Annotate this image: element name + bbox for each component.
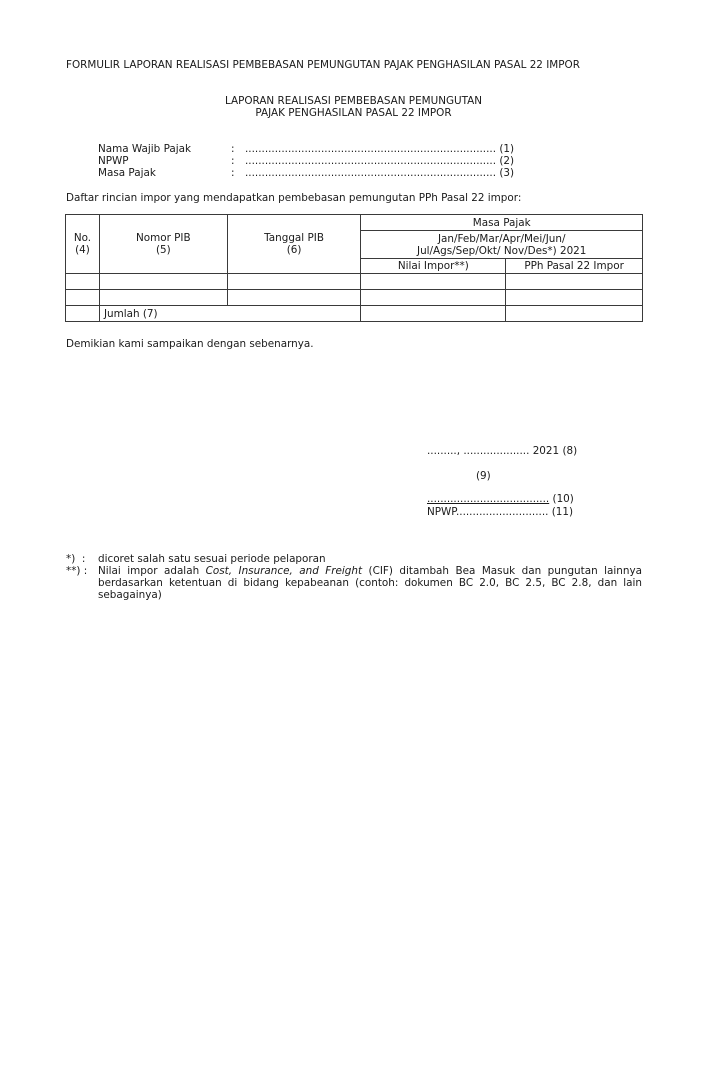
cell-nilai-impor[interactable]: [361, 290, 506, 306]
identity-row-masa: Masa Pajak : ...........................…: [98, 167, 514, 179]
signature-marker: (9): [476, 470, 491, 482]
identity-label: NPWP: [98, 155, 231, 167]
cell-nilai-impor[interactable]: [361, 274, 506, 290]
table-row: [66, 274, 643, 290]
signature-name-line[interactable]: .....................................: [427, 493, 549, 505]
footnote-mark: **) :: [66, 565, 98, 601]
total-label: Jumlah (7): [99, 306, 360, 322]
cell-tanggal-pib[interactable]: [227, 290, 361, 306]
footnote-2: **) : Nilai impor adalah Cost, Insurance…: [66, 565, 642, 601]
footnote-text-italic: Cost, Insurance, and Freight: [206, 565, 362, 577]
identity-value-field[interactable]: ........................................…: [245, 155, 514, 167]
total-row: Jumlah (7): [66, 306, 643, 322]
header-no: No. (4): [66, 215, 100, 274]
header-period: Jan/Feb/Mar/Apr/Mei/Jun/ Jul/Ags/Sep/Okt…: [361, 231, 643, 259]
header-nomor-pib-label: Nomor PIB: [100, 232, 227, 244]
cell-no[interactable]: [66, 290, 100, 306]
form-title: FORMULIR LAPORAN REALISASI PEMBEBASAN PE…: [66, 59, 580, 71]
footnote-text: dicoret salah satu sesuai periode pelapo…: [98, 553, 642, 565]
header-tanggal-pib-ref: (6): [228, 244, 361, 256]
header-nomor-pib: Nomor PIB (5): [99, 215, 227, 274]
table-row: [66, 290, 643, 306]
report-title-line1: LAPORAN REALISASI PEMBEBASAN PEMUNGUTAN: [0, 95, 707, 107]
cell-pph[interactable]: [506, 274, 643, 290]
cell-nomor-pib[interactable]: [99, 274, 227, 290]
identity-row-nama: Nama Wajib Pajak : .....................…: [98, 143, 514, 155]
footnote-1: *) : dicoret salah satu sesuai periode p…: [66, 553, 642, 565]
signature-name: ..................................... (1…: [427, 493, 574, 505]
cell-total-pph[interactable]: [506, 306, 643, 322]
header-period-line2: Jul/Ags/Sep/Okt/ Nov/Des*) 2021: [361, 245, 642, 257]
cell-no[interactable]: [66, 274, 100, 290]
import-details-table: No. (4) Nomor PIB (5) Tanggal PIB (6) Ma…: [65, 214, 643, 322]
signature-npwp[interactable]: NPWP............................ (11): [427, 506, 573, 518]
footnotes: *) : dicoret salah satu sesuai periode p…: [66, 553, 642, 601]
header-no-label: No.: [66, 232, 99, 244]
cell-total-nilai-impor[interactable]: [361, 306, 506, 322]
header-pph: PPh Pasal 22 Impor: [506, 259, 643, 274]
report-title-line2: PAJAK PENGHASILAN PASAL 22 IMPOR: [0, 107, 707, 119]
taxpayer-identity: Nama Wajib Pajak : .....................…: [98, 143, 514, 179]
closing-statement: Demikian kami sampaikan dengan sebenarny…: [66, 338, 314, 350]
header-no-ref: (4): [66, 244, 99, 256]
header-tanggal-pib-label: Tanggal PIB: [228, 232, 361, 244]
identity-colon: :: [231, 167, 245, 179]
table-intro: Daftar rincian impor yang mendapatkan pe…: [66, 192, 521, 204]
report-title: LAPORAN REALISASI PEMBEBASAN PEMUNGUTAN …: [0, 95, 707, 119]
identity-label: Nama Wajib Pajak: [98, 143, 231, 155]
header-masa-pajak: Masa Pajak: [361, 215, 643, 231]
header-nomor-pib-ref: (5): [100, 244, 227, 256]
footnote-text: Nilai impor adalah Cost, Insurance, and …: [98, 565, 642, 601]
header-nilai-impor: Nilai Impor**): [361, 259, 506, 274]
cell-nomor-pib[interactable]: [99, 290, 227, 306]
header-tanggal-pib: Tanggal PIB (6): [227, 215, 361, 274]
identity-colon: :: [231, 143, 245, 155]
cell-tanggal-pib[interactable]: [227, 274, 361, 290]
identity-value-field[interactable]: ........................................…: [245, 167, 514, 179]
cell-pph[interactable]: [506, 290, 643, 306]
header-period-line1: Jan/Feb/Mar/Apr/Mei/Jun/: [361, 233, 642, 245]
cell-total-empty: [66, 306, 100, 322]
identity-row-npwp: NPWP : .................................…: [98, 155, 514, 167]
footnote-mark: *) :: [66, 553, 98, 565]
signature-place-date[interactable]: ........., .................... 2021 (8): [427, 445, 577, 457]
identity-value-field[interactable]: ........................................…: [245, 143, 514, 155]
identity-label: Masa Pajak: [98, 167, 231, 179]
identity-colon: :: [231, 155, 245, 167]
footnote-text-pre: Nilai impor adalah: [98, 565, 206, 577]
signature-name-marker: (10): [549, 493, 574, 505]
